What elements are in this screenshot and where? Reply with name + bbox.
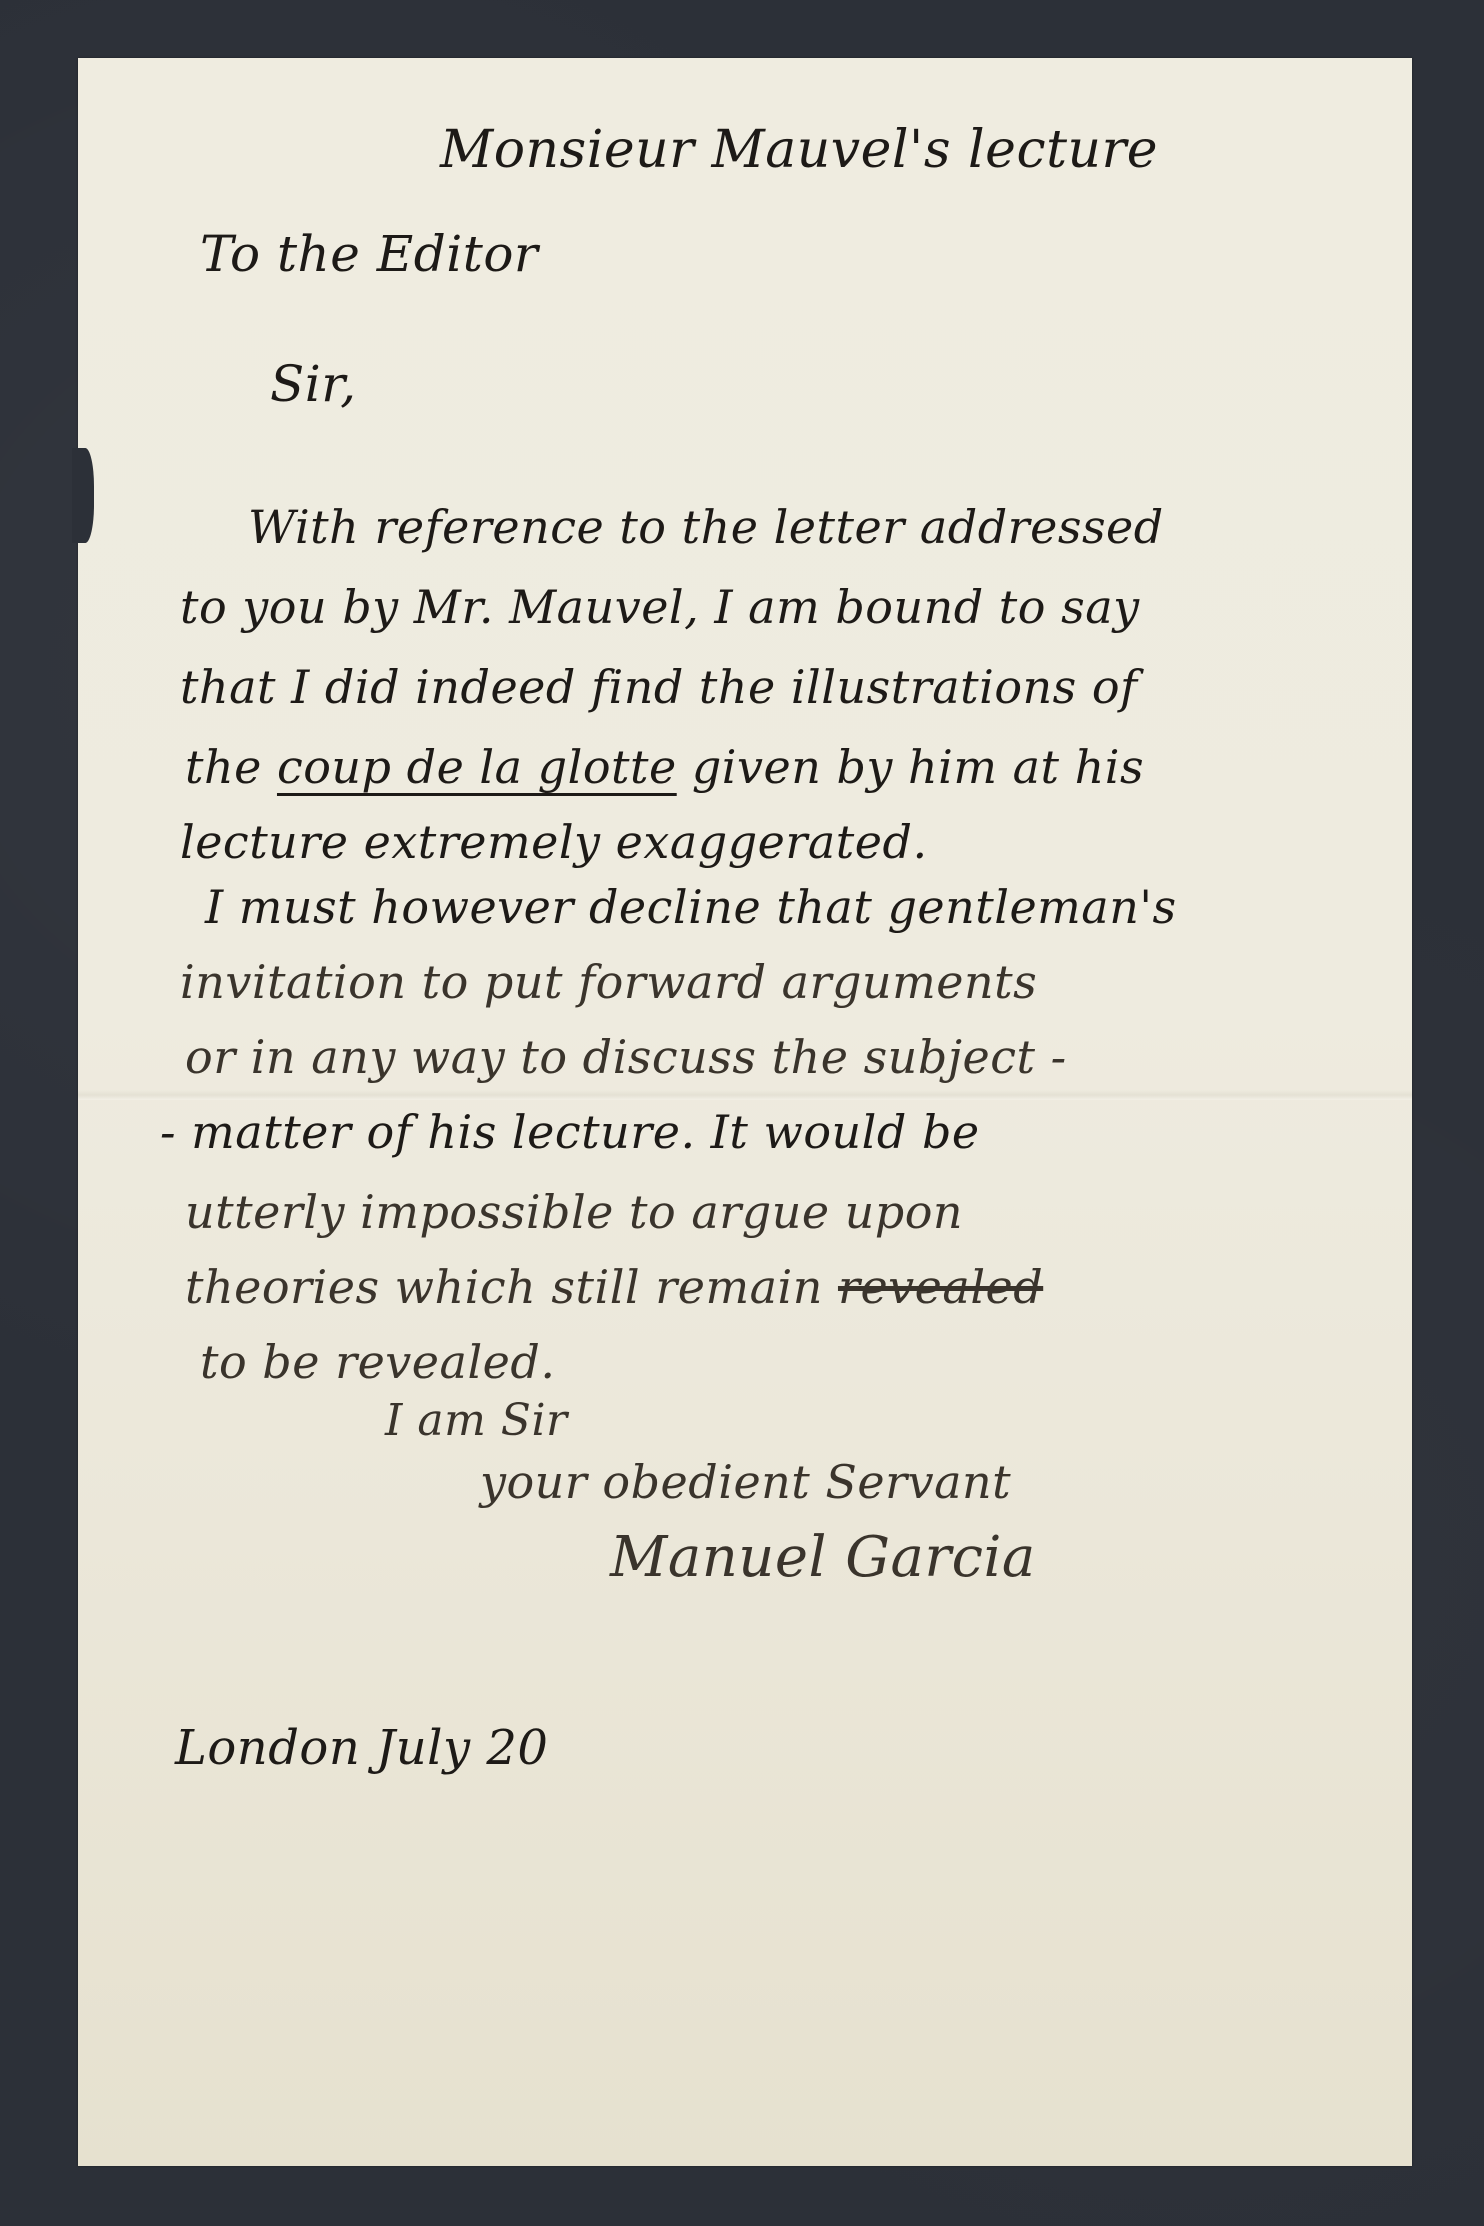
addressee: To the Editor (200, 225, 538, 283)
body-line-start: the (185, 740, 277, 794)
body-line: I must however decline that gentleman's (205, 880, 1177, 934)
letter-title: Monsieur Mauvel's lecture (440, 120, 1158, 180)
place-date: London July 20 (175, 1720, 548, 1776)
body-line: theories which still remain revealed (185, 1260, 1043, 1314)
body-line: that I did indeed find the illustrations… (180, 660, 1138, 714)
closing-servant: your obedient Servant (480, 1455, 1011, 1509)
salutation: Sir, (270, 355, 357, 413)
body-line: - matter of his lecture. It would be (160, 1105, 980, 1159)
body-line: utterly impossible to argue upon (185, 1185, 963, 1239)
fold-crease (78, 1090, 1412, 1100)
body-line: lecture extremely exaggerated. (180, 815, 928, 869)
body-line: invitation to put forward arguments (180, 955, 1037, 1009)
struck-word: revealed (838, 1260, 1043, 1314)
body-line: the coup de la glotte given by him at hi… (185, 740, 1144, 794)
body-line-end: given by him at his (677, 740, 1144, 794)
underlined-term: coup de la glotte (277, 740, 677, 794)
body-line: or in any way to discuss the subject - (185, 1030, 1067, 1084)
body-line: to you by Mr. Mauvel, I am bound to say (180, 580, 1140, 634)
body-line: With reference to the letter addressed (248, 500, 1164, 554)
closing: I am Sir (385, 1395, 568, 1446)
body-line-start: theories which still remain (185, 1260, 838, 1314)
body-line: to be revealed. (200, 1335, 555, 1389)
signature: Manuel Garcia (610, 1525, 1036, 1590)
